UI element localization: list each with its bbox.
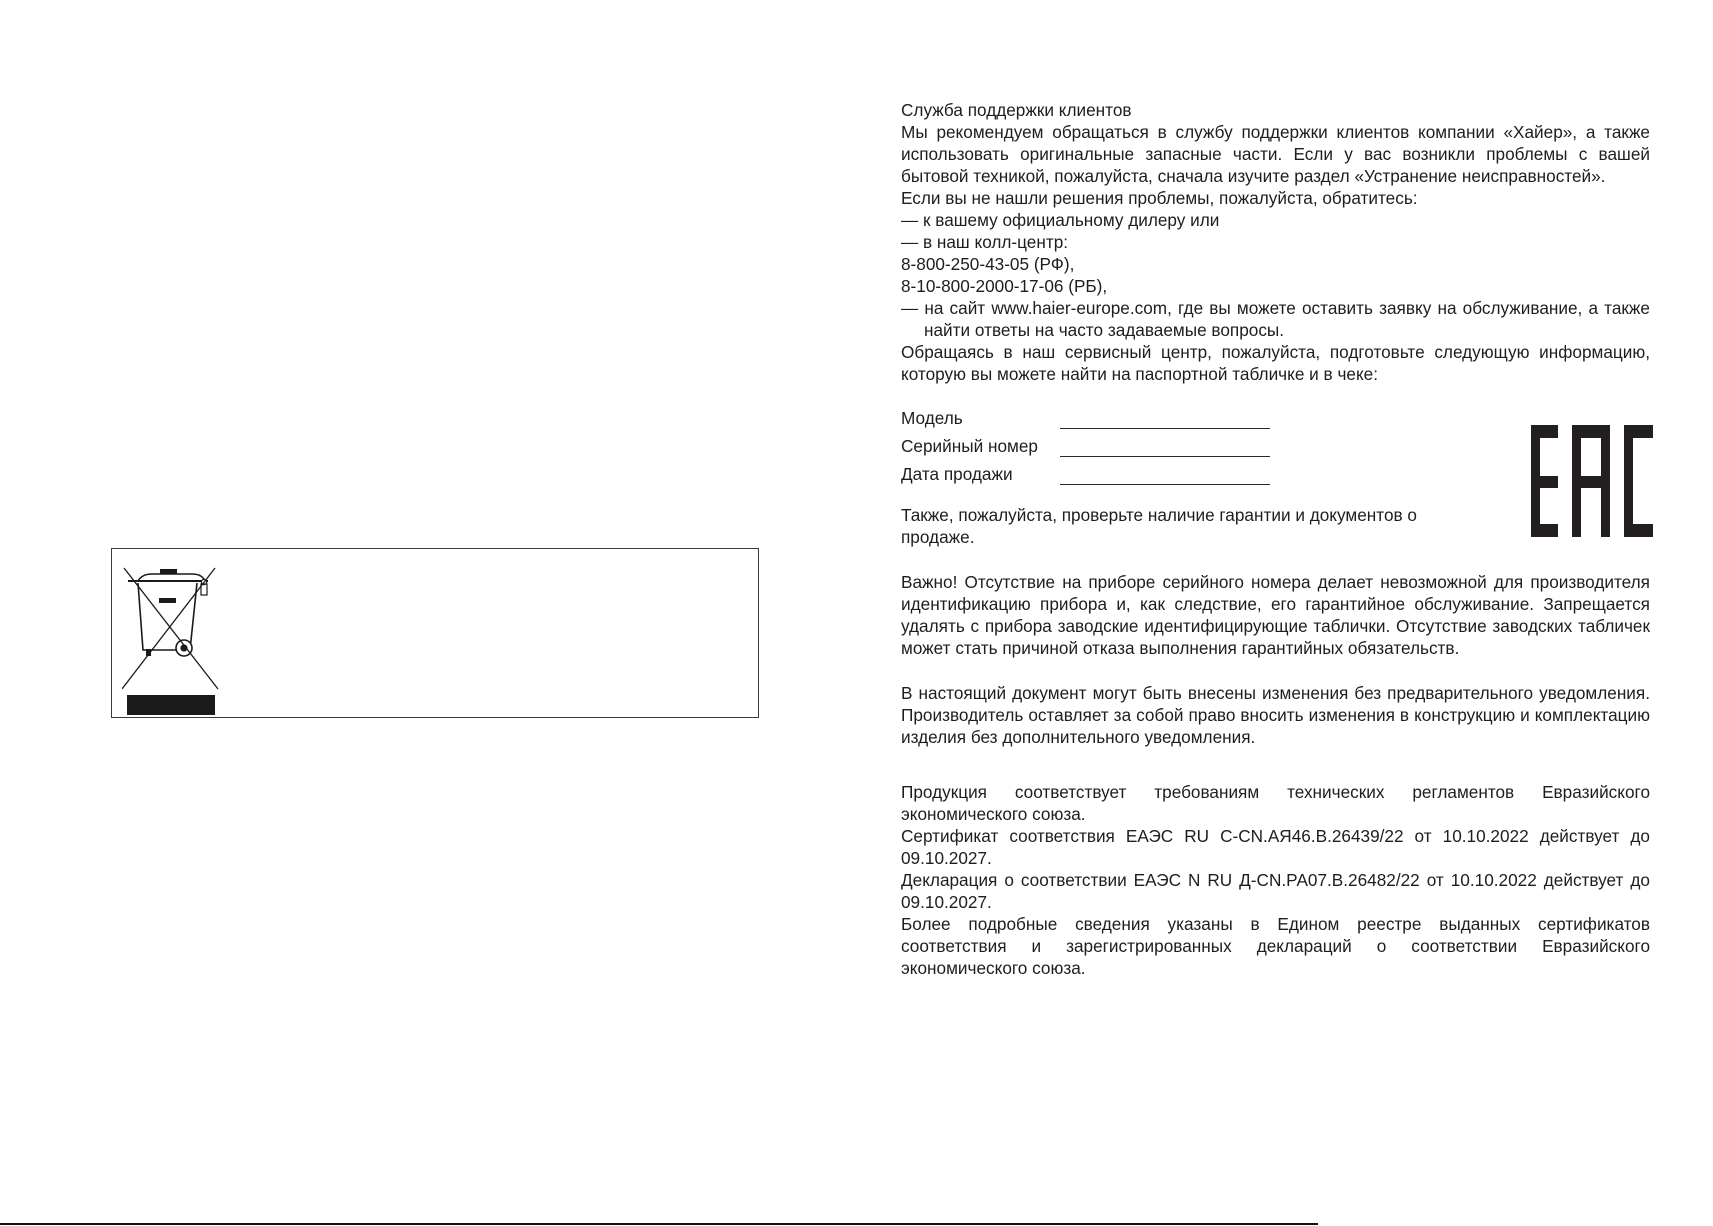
field-label-model: Модель [901, 408, 963, 429]
customer-support-section: Служба поддержки клиентов Мы рекомендуем… [901, 99, 1650, 385]
certificate-info: Сертификат соответствия ЕАЭС RU С-CN.АЯ4… [901, 825, 1650, 869]
weee-disposal-box [111, 548, 759, 718]
warranty-note: Также, пожалуйста, проверьте наличие гар… [901, 504, 1441, 548]
compliance-section: Продукция соответствует требованиям техн… [901, 781, 1650, 979]
field-blank-model [1060, 428, 1270, 429]
important-notice: Важно! Отсутствие на приборе серийного н… [901, 571, 1650, 659]
contact-item-call-center: — в наш колл-центр: [901, 231, 1650, 253]
field-blank-serial [1060, 456, 1270, 457]
registry-info: Более подробные сведения указаны в Едино… [901, 913, 1650, 979]
intro-paragraph: Мы рекомендуем обращаться в службу подде… [901, 121, 1650, 187]
phone-ru: 8-800-250-43-05 (РФ), [901, 253, 1650, 275]
eac-mark-icon [1531, 425, 1653, 537]
service-info-paragraph: Обращаясь в наш сервисный центр, пожалуй… [901, 341, 1650, 385]
contact-lead: Если вы не нашли решения проблемы, пожал… [901, 187, 1650, 209]
compliance-statement: Продукция соответствует требованиям техн… [901, 781, 1650, 825]
section-heading: Служба поддержки клиентов [901, 99, 1650, 121]
field-blank-sale-date [1060, 484, 1270, 485]
phone-by: 8-10-800-2000-17-06 (РБ), [901, 275, 1650, 297]
website-item: — на сайт www.haier-europe.com, где вы м… [901, 297, 1650, 341]
field-label-serial: Серийный номер [901, 436, 1038, 457]
declaration-info: Декларация о соответствии ЕАЭС N RU Д-CN… [901, 869, 1650, 913]
field-label-sale-date: Дата продажи [901, 464, 1013, 485]
crossed-out-wheelie-bin-icon [122, 565, 222, 717]
page-bottom-rule [0, 1223, 1318, 1225]
contact-item-dealer: — к вашему официальному дилеру или [901, 209, 1650, 231]
changes-notice: В настоящий документ могут быть внесены … [901, 682, 1650, 748]
